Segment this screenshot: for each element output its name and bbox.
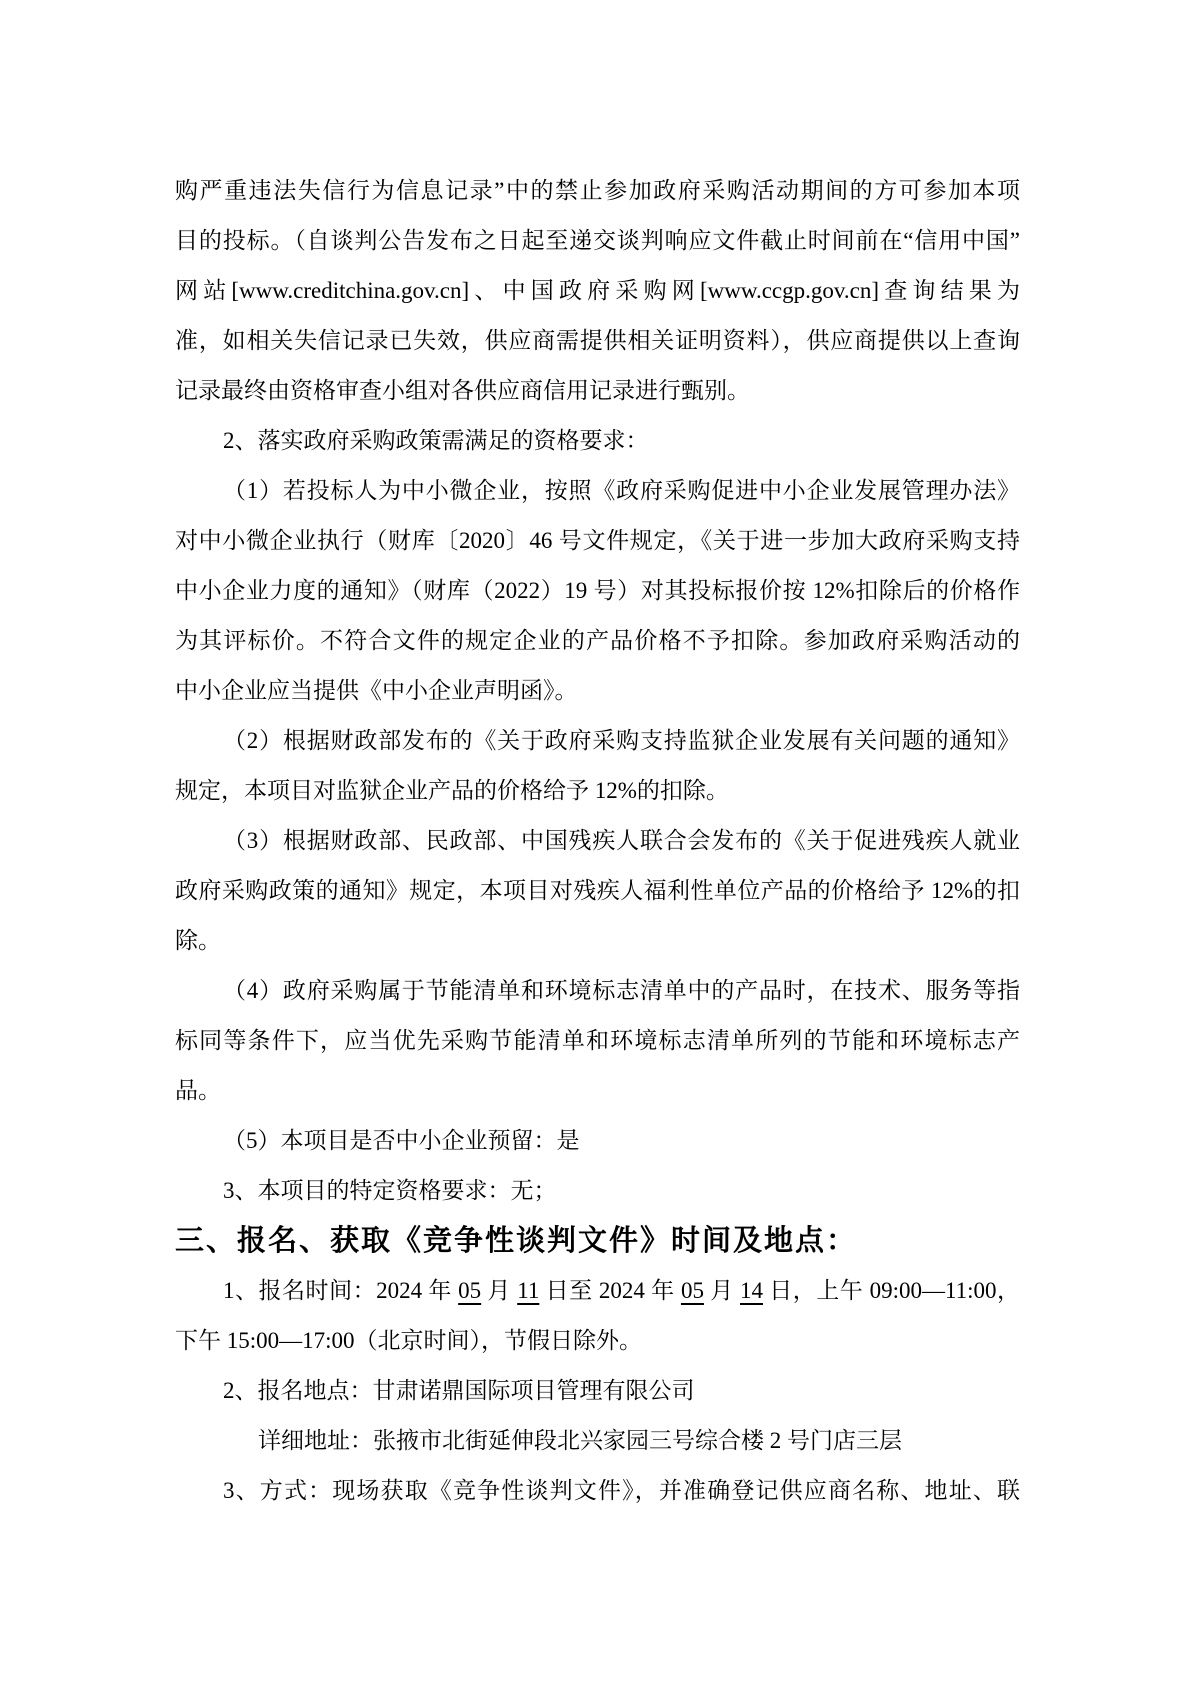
paragraph-signup-time: 1、报名时间：2024 年 05 月 11 日至 2024 年 05 月 14 …: [175, 1266, 1020, 1366]
text-line: 对中小微企业执行（财库〔2020〕46 号文件规定，《关于进一步加大政府采购支持: [175, 516, 1020, 566]
text-line: 标同等条件下，应当优先采购节能清单和环境标志清单所列的节能和环境标志产: [175, 1016, 1020, 1066]
paragraph-sub-item-4-energy-saving: （4）政府采购属于节能清单和环境标志清单中的产品时，在技术、服务等指 标同等条件…: [175, 966, 1020, 1116]
text-line: （4）政府采购属于节能清单和环境标志清单中的产品时，在技术、服务等指: [175, 966, 1020, 1016]
text-line: （2）根据财政部发布的《关于政府采购支持监狱企业发展有关问题的通知》: [175, 716, 1020, 766]
text-line: 除。: [175, 916, 1020, 966]
text-line: 购严重违法失信行为信息记录”中的禁止参加政府采购活动期间的方可参加本项: [175, 166, 1020, 216]
document-page: 购严重违法失信行为信息记录”中的禁止参加政府采购活动期间的方可参加本项 目的投标…: [0, 0, 1191, 1684]
underlined-day: 14: [740, 1278, 763, 1303]
paragraph-sub-item-2-prison-enterprise: （2）根据财政部发布的《关于政府采购支持监狱企业发展有关问题的通知》 规定，本项…: [175, 716, 1020, 816]
section-heading-line: 三、报名、获取《竞争性谈判文件》时间及地点：: [175, 1216, 1020, 1266]
text-line: 2、报名地点：甘肃诺鼎国际项目管理有限公司: [175, 1366, 1020, 1416]
text-line: 详细地址：张掖市北街延伸段北兴家园三号综合楼 2 号门店三层: [175, 1416, 1020, 1466]
underlined-day: 11: [517, 1278, 539, 1303]
text-segment: 月: [704, 1278, 740, 1303]
text-segment: 日，上午 09:00—11:00，: [763, 1278, 1020, 1303]
underlined-month: 05: [458, 1278, 481, 1303]
text-line: （1）若投标人为中小微企业，按照《政府采购促进中小企业发展管理办法》: [175, 466, 1020, 516]
signup-time-line: 1、报名时间：2024 年 05 月 11 日至 2024 年 05 月 14 …: [175, 1266, 1020, 1316]
paragraph-sub-item-3-disabled-welfare: （3）根据财政部、民政部、中国残疾人联合会发布的《关于促进残疾人就业 政府采购政…: [175, 816, 1020, 966]
paragraph-signup-location: 2、报名地点：甘肃诺鼎国际项目管理有限公司: [175, 1366, 1020, 1416]
paragraph-item-3-specific-qualification: 3、本项目的特定资格要求：无；: [175, 1166, 1020, 1216]
text-line: 3、本项目的特定资格要求：无；: [175, 1166, 1020, 1216]
text-line: 目的投标。（自谈判公告发布之日起至递交谈判响应文件截止时间前在“信用中国”: [175, 216, 1020, 266]
text-line: 3、方式：现场获取《竞争性谈判文件》，并准确登记供应商名称、地址、联: [175, 1466, 1020, 1516]
text-line: （5）本项目是否中小企业预留：是: [175, 1116, 1020, 1166]
text-line: 记录最终由资格审查小组对各供应商信用记录进行甄别。: [175, 366, 1020, 416]
text-line: 规定，本项目对监狱企业产品的价格给予 12%的扣除。: [175, 766, 1020, 816]
text-line: （3）根据财政部、民政部、中国残疾人联合会发布的《关于促进残疾人就业: [175, 816, 1020, 866]
text-line: 政府采购政策的通知》规定，本项目对残疾人福利性单位产品的价格给予 12%的扣: [175, 866, 1020, 916]
text-segment: 月: [481, 1278, 517, 1303]
text-line: 中小企业力度的通知》（财库（2022）19 号）对其投标报价按 12%扣除后的价…: [175, 566, 1020, 616]
text-segment: 日至 2024 年: [539, 1278, 681, 1303]
text-line: 品。: [175, 1066, 1020, 1116]
text-segment: 1、报名时间：2024 年: [223, 1278, 458, 1303]
paragraph-credit-record-continuation: 购严重违法失信行为信息记录”中的禁止参加政府采购活动期间的方可参加本项 目的投标…: [175, 166, 1020, 416]
text-line: 2、落实政府采购政策需满足的资格要求：: [175, 416, 1020, 466]
underlined-month: 05: [681, 1278, 704, 1303]
paragraph-sub-item-1-sme-deduction: （1）若投标人为中小微企业，按照《政府采购促进中小企业发展管理办法》 对中小微企…: [175, 466, 1020, 716]
text-line: 为其评标价。不符合文件的规定企业的产品价格不予扣除。参加政府采购活动的: [175, 616, 1020, 666]
text-line: 网站[www.creditchina.gov.cn]、中国政府采购网[www.c…: [175, 266, 1020, 316]
text-line: 下午 15:00—17:00（北京时间），节假日除外。: [175, 1316, 1020, 1366]
paragraph-sub-item-5-sme-reserved: （5）本项目是否中小企业预留：是: [175, 1116, 1020, 1166]
section-3-heading: 三、报名、获取《竞争性谈判文件》时间及地点：: [175, 1216, 1020, 1266]
paragraph-signup-method: 3、方式：现场获取《竞争性谈判文件》，并准确登记供应商名称、地址、联: [175, 1466, 1020, 1516]
paragraph-item-2-policy-qualification: 2、落实政府采购政策需满足的资格要求：: [175, 416, 1020, 466]
document-body: 购严重违法失信行为信息记录”中的禁止参加政府采购活动期间的方可参加本项 目的投标…: [175, 166, 1020, 1516]
text-line: 准，如相关失信记录已失效，供应商需提供相关证明资料），供应商提供以上查询: [175, 316, 1020, 366]
text-line: 中小企业应当提供《中小企业声明函》。: [175, 666, 1020, 716]
paragraph-detailed-address: 详细地址：张掖市北街延伸段北兴家园三号综合楼 2 号门店三层: [175, 1416, 1020, 1466]
